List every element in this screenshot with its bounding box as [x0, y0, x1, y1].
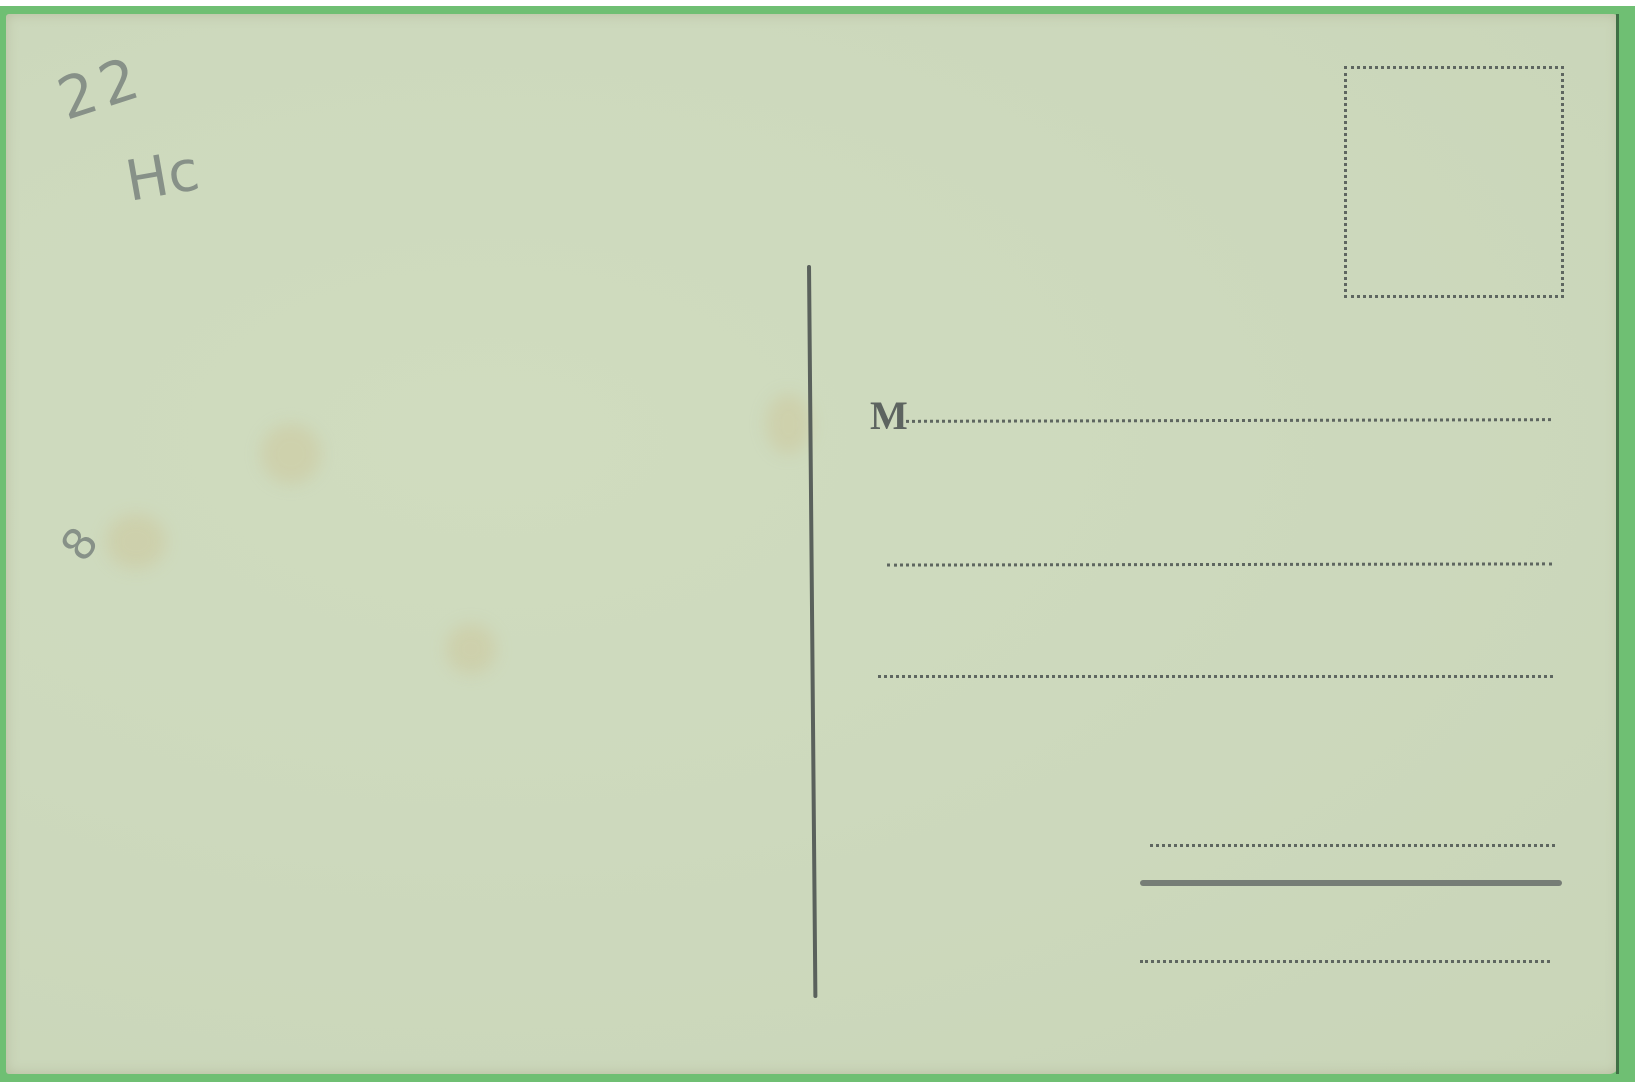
- address-line-5-solid: [1140, 880, 1562, 886]
- paper-stain: [106, 514, 166, 569]
- address-line-4: [1150, 844, 1555, 847]
- stamp-placeholder-box: [1344, 66, 1564, 298]
- pencil-note-mark: 8: [51, 518, 109, 570]
- address-line-6: [1140, 960, 1550, 963]
- postcard-back: 22 Hc 8 M: [6, 14, 1619, 1074]
- paper-stain: [766, 394, 811, 454]
- pencil-note-code: Hc: [121, 138, 204, 215]
- address-line-2: [887, 562, 1552, 566]
- pencil-note-number: 22: [50, 42, 153, 133]
- top-margin: [0, 0, 1635, 6]
- address-line-3: [878, 675, 1553, 678]
- address-prefix-m: M: [870, 392, 907, 439]
- paper-stain: [261, 424, 321, 484]
- paper-stain: [446, 624, 496, 674]
- address-line-1: [906, 418, 1551, 423]
- message-address-divider: [807, 265, 817, 998]
